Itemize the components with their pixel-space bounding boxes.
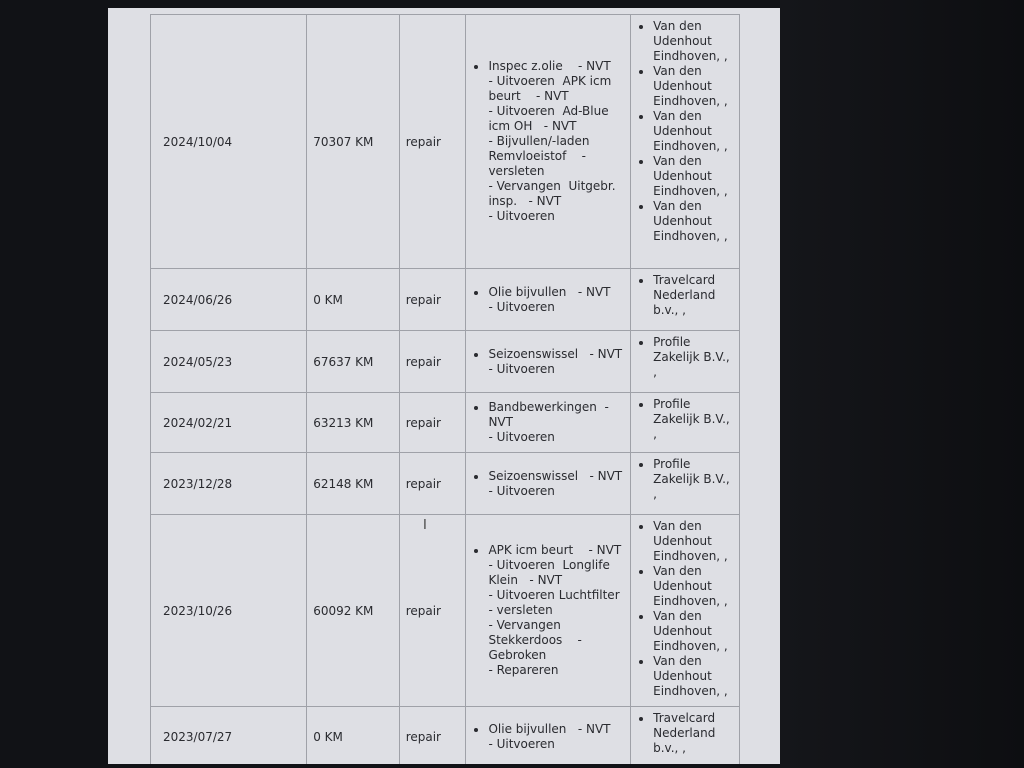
type-cell: repair bbox=[399, 515, 466, 707]
garage-cell: Van den Udenhout Eindhoven, ,Van den Ude… bbox=[631, 515, 740, 707]
garage-item: Van den Udenhout Eindhoven, , bbox=[653, 609, 733, 654]
table-row: 2023/07/270 KMrepairOlie bijvullen - NVT… bbox=[151, 707, 740, 765]
work-cell: Olie bijvullen - NVT - Uitvoeren bbox=[466, 269, 631, 331]
garage-cell: Van den Udenhout Eindhoven, ,Van den Ude… bbox=[631, 15, 740, 269]
work-item: Inspec z.olie - NVT - Uitvoeren APK icm … bbox=[488, 59, 624, 224]
garage-cell: Profile Zakelijk B.V., , bbox=[631, 393, 740, 453]
work-cell: Bandbewerkingen - NVT - Uitvoeren bbox=[466, 393, 631, 453]
type-cell: repair bbox=[399, 15, 466, 269]
date-cell: 2023/12/28 bbox=[151, 453, 307, 515]
document-page: 2024/10/0470307 KMrepairInspec z.olie - … bbox=[108, 8, 780, 764]
table-row: 2024/05/2367637 KMrepairSeizoenswissel -… bbox=[151, 331, 740, 393]
date-cell: 2023/07/27 bbox=[151, 707, 307, 765]
work-item: Seizoenswissel - NVT - Uitvoeren bbox=[488, 347, 624, 377]
garage-cell: Travelcard Nederland b.v., , bbox=[631, 707, 740, 765]
garage-cell: Profile Zakelijk B.V., , bbox=[631, 331, 740, 393]
garage-cell: Travelcard Nederland b.v., , bbox=[631, 269, 740, 331]
mileage-cell: 0 KM bbox=[307, 707, 400, 765]
garage-item: Van den Udenhout Eindhoven, , bbox=[653, 199, 733, 244]
mileage-cell: 70307 KM bbox=[307, 15, 400, 269]
garage-item: Van den Udenhout Eindhoven, , bbox=[653, 654, 733, 699]
garage-item: Travelcard Nederland b.v., , bbox=[653, 711, 733, 756]
work-cell: APK icm beurt - NVT - Uitvoeren Longlife… bbox=[466, 515, 631, 707]
mileage-cell: 67637 KM bbox=[307, 331, 400, 393]
table-row: 2023/10/2660092 KMrepairAPK icm beurt - … bbox=[151, 515, 740, 707]
garage-item: Profile Zakelijk B.V., , bbox=[653, 457, 733, 502]
type-cell: repair bbox=[399, 269, 466, 331]
type-cell: repair bbox=[399, 331, 466, 393]
mileage-cell: 63213 KM bbox=[307, 393, 400, 453]
mileage-cell: 62148 KM bbox=[307, 453, 400, 515]
garage-item: Van den Udenhout Eindhoven, , bbox=[653, 64, 733, 109]
garage-item: Van den Udenhout Eindhoven, , bbox=[653, 19, 733, 64]
garage-item: Van den Udenhout Eindhoven, , bbox=[653, 154, 733, 199]
table-row: 2024/06/260 KMrepairOlie bijvullen - NVT… bbox=[151, 269, 740, 331]
text-cursor-icon: I bbox=[423, 518, 427, 533]
type-cell: repair bbox=[399, 453, 466, 515]
work-cell: Seizoenswissel - NVT - Uitvoeren bbox=[466, 453, 631, 515]
maintenance-history-table: 2024/10/0470307 KMrepairInspec z.olie - … bbox=[150, 14, 740, 764]
table-row: 2023/12/2862148 KMrepairSeizoenswissel -… bbox=[151, 453, 740, 515]
work-item: Olie bijvullen - NVT - Uitvoeren bbox=[488, 285, 624, 315]
type-cell: repair bbox=[399, 707, 466, 765]
work-cell: Olie bijvullen - NVT - Uitvoeren bbox=[466, 707, 631, 765]
garage-item: Van den Udenhout Eindhoven, , bbox=[653, 109, 733, 154]
garage-item: Profile Zakelijk B.V., , bbox=[653, 335, 733, 380]
date-cell: 2024/05/23 bbox=[151, 331, 307, 393]
date-cell: 2024/06/26 bbox=[151, 269, 307, 331]
garage-item: Profile Zakelijk B.V., , bbox=[653, 397, 733, 442]
screen-bezel bbox=[780, 0, 1024, 768]
work-cell: Inspec z.olie - NVT - Uitvoeren APK icm … bbox=[466, 15, 631, 269]
date-cell: 2023/10/26 bbox=[151, 515, 307, 707]
mileage-cell: 0 KM bbox=[307, 269, 400, 331]
work-item: Bandbewerkingen - NVT - Uitvoeren bbox=[488, 400, 624, 445]
work-item: APK icm beurt - NVT - Uitvoeren Longlife… bbox=[488, 543, 624, 678]
work-item: Olie bijvullen - NVT - Uitvoeren bbox=[488, 722, 624, 752]
garage-item: Van den Udenhout Eindhoven, , bbox=[653, 519, 733, 564]
garage-item: Travelcard Nederland b.v., , bbox=[653, 273, 733, 318]
garage-cell: Profile Zakelijk B.V., , bbox=[631, 453, 740, 515]
mileage-cell: 60092 KM bbox=[307, 515, 400, 707]
type-cell: repair bbox=[399, 393, 466, 453]
work-item: Seizoenswissel - NVT - Uitvoeren bbox=[488, 469, 624, 499]
date-cell: 2024/10/04 bbox=[151, 15, 307, 269]
garage-item: Van den Udenhout Eindhoven, , bbox=[653, 564, 733, 609]
work-cell: Seizoenswissel - NVT - Uitvoeren bbox=[466, 331, 631, 393]
table-row: 2024/10/0470307 KMrepairInspec z.olie - … bbox=[151, 15, 740, 269]
table-row: 2024/02/2163213 KMrepairBandbewerkingen … bbox=[151, 393, 740, 453]
date-cell: 2024/02/21 bbox=[151, 393, 307, 453]
